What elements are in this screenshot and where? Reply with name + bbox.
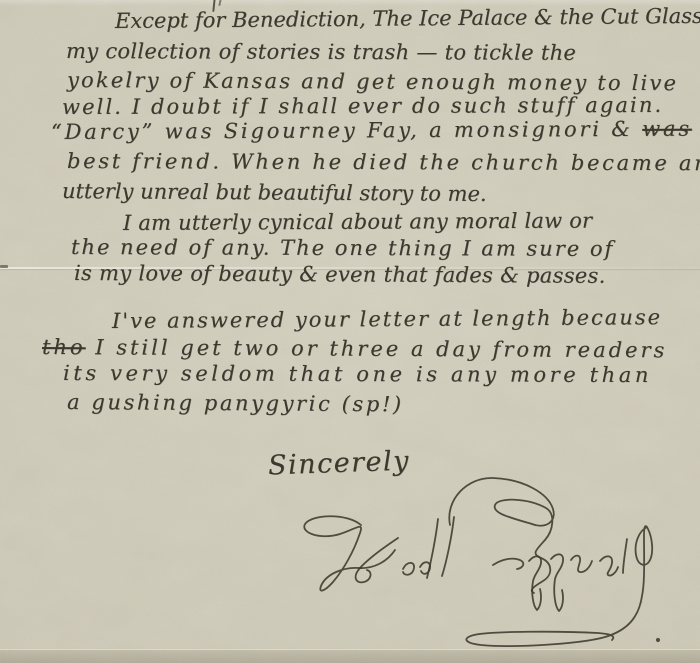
letter-line-11: I've answered your letter at length beca… xyxy=(112,305,662,333)
letter-line-13: its very seldom that one is any more tha… xyxy=(63,361,652,387)
line-5-text: “Darcy” was Sigourney Fay, a monsignori … xyxy=(51,117,642,144)
signature-flourish-stroke xyxy=(466,526,652,646)
signature-connector-stroke xyxy=(493,559,523,569)
letter-line-2: my collection of stories is trash — to t… xyxy=(66,39,576,65)
stray-ink-stroke-small xyxy=(218,0,221,6)
letter-line-3: yokelry of Kansas and get enough money t… xyxy=(67,68,678,95)
closing-sincerely: Sincerely xyxy=(268,446,411,482)
letter-line-10: is my love of beauty & even that fades &… xyxy=(74,261,606,288)
ink-dot xyxy=(656,638,660,642)
signature-initial-stroke xyxy=(304,516,395,590)
bottom-paper-edge xyxy=(0,649,700,663)
signature-erald-stroke xyxy=(571,539,627,576)
signature-co-stroke xyxy=(403,562,430,575)
line-12-text: I still get two or three a day from read… xyxy=(86,335,668,362)
letter-line-1: Except for Benediction, The Ice Palace &… xyxy=(115,3,700,33)
letter-line-14: a gushing panygyric (sp!) xyxy=(67,390,404,416)
signature-f-scott-fitzgerald: F Scott Fitzgerald xyxy=(295,470,670,663)
letter-line-9: the need of any. The one thing I am sure… xyxy=(71,235,614,261)
letter-line-4: well. I doubt if I shall ever do such st… xyxy=(62,93,663,119)
fold-crease-edge-mark xyxy=(0,265,8,268)
struck-word-tho: tho xyxy=(42,335,86,359)
letter-line-8: I am utterly cynical about any moral law… xyxy=(123,209,592,235)
letter-line-7: utterly unreal but beautiful story to me… xyxy=(62,179,487,206)
letter-line-5: “Darcy” was Sigourney Fay, a monsignori … xyxy=(51,116,700,144)
struck-word: was xyxy=(642,117,692,141)
signature-tt-stroke xyxy=(427,517,454,578)
line-5-text-after: my xyxy=(692,116,700,140)
letter-line-6: best friend. When he died the church bec… xyxy=(67,149,700,175)
letter-line-12: tho I still get two or three a day from … xyxy=(42,335,667,362)
signature-tz-stroke xyxy=(529,554,563,611)
signature-big-f-loop xyxy=(449,478,553,593)
letter-page: Except for Benediction, The Ice Palace &… xyxy=(0,0,700,663)
signature-s-stroke xyxy=(356,538,398,582)
